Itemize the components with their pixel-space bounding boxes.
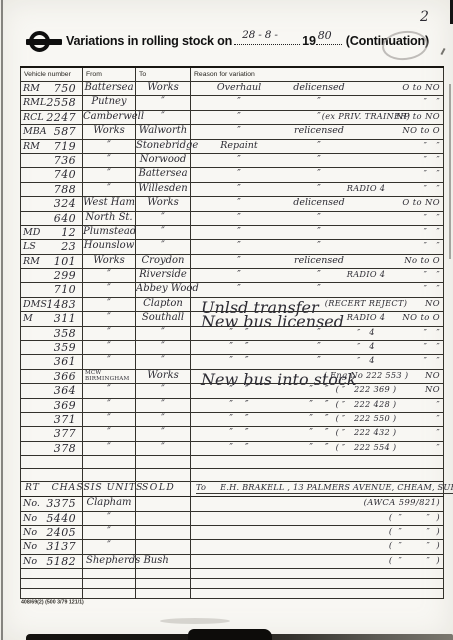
to-cell: Southall	[136, 312, 191, 326]
reason-note: ″ 4	[309, 327, 423, 337]
vehicle-number: 366	[54, 370, 76, 383]
reason-note: RADIO 4	[309, 183, 423, 193]
vehicle-prefix: RML	[23, 97, 46, 108]
vehicle-number: 1483	[46, 298, 76, 311]
vehicle-number: 378	[54, 442, 76, 455]
from-cell: Camberwell	[83, 110, 136, 124]
reason-text: ″	[191, 269, 287, 280]
page-title: Variations in rolling stock on	[66, 34, 232, 48]
vehicle-cell: 361	[21, 355, 83, 369]
vehicle-cell	[21, 456, 83, 469]
vehicle-number: 364	[54, 384, 76, 397]
to-cell: Abbey Wood	[136, 283, 191, 297]
vehicle-cell: 299	[21, 269, 83, 283]
from-cell: Clapham	[83, 497, 136, 511]
to-text: Abbey Wood	[136, 283, 190, 294]
reason-text: ″	[191, 212, 287, 223]
reason-cell: ″″″ ″	[191, 240, 444, 254]
from-text: ″	[83, 168, 135, 179]
reason-text-2: relicensed	[287, 255, 351, 266]
from-cell: Works	[83, 254, 136, 268]
status-note: O to NO	[402, 82, 440, 92]
to-cell	[136, 497, 191, 511]
reason-note: ( ″ 222 550 )	[309, 413, 423, 423]
to-cell: ″	[136, 441, 191, 455]
reason-cell: (AWCA 599/821)	[191, 497, 444, 511]
reason-text: ″ ″	[191, 427, 287, 438]
from-cell: ″	[83, 283, 136, 297]
to-cell: Works	[136, 197, 191, 211]
from-cell: ″	[83, 312, 136, 326]
to-cell: Stonebridge	[136, 139, 191, 153]
status-note: ″ ″	[424, 355, 440, 365]
from-cell: MCWBIRMINGHAM	[83, 369, 136, 383]
vehicle-number: 750	[54, 82, 76, 95]
from-cell: ″	[83, 384, 136, 398]
to-text: ″	[136, 413, 190, 424]
reason-note: RADIO 4	[309, 269, 423, 279]
vehicle-cell: RM750	[21, 82, 83, 96]
to-cell: Works	[136, 369, 191, 383]
reason-cell: ( ″ ″ )	[191, 511, 444, 525]
scan-edge-right	[449, 84, 451, 259]
from-text: Clapham	[83, 497, 135, 508]
sold-label: SOLD	[142, 482, 175, 493]
to-text: ″	[136, 240, 190, 251]
vehicle-cell: RM719	[21, 139, 83, 153]
to-cell: Riverside	[136, 269, 191, 283]
from-cell: North St.	[83, 211, 136, 225]
to-cell	[136, 554, 191, 568]
to-cell: ″	[136, 110, 191, 124]
status-note: ″	[436, 442, 440, 452]
to-text: ″	[136, 96, 190, 107]
to-cell: Willesden	[136, 182, 191, 196]
table-body: RM750BatterseaWorksOverhauldelicensedO t…	[21, 82, 444, 599]
from-cell	[83, 569, 136, 579]
vehicle-cell: RT CHASSIS UNITS	[21, 482, 83, 497]
vehicle-prefix: DMS	[23, 299, 47, 310]
vehicle-number: 2405	[46, 526, 76, 539]
vehicle-prefix: RM	[23, 83, 40, 94]
stock-row: 736″Norwood″″″ ″	[21, 153, 444, 167]
reason-cell: New bus licensedRADIO 4NO to O	[191, 312, 444, 326]
reference-note: (AWCA 599/821)	[364, 497, 440, 507]
reason-cell: ″″″ ″	[191, 283, 444, 297]
reason-text: ″	[191, 125, 287, 136]
stock-row: 369″″″ ″″ ″( ″ 222 428 )″	[21, 398, 444, 412]
from-text: ″	[83, 183, 135, 194]
reason-text: ″	[191, 154, 287, 165]
to-cell: ″	[136, 326, 191, 340]
vehicle-prefix: M	[23, 313, 33, 324]
from-text: ″	[83, 154, 135, 165]
status-note: ″ ″	[424, 96, 440, 106]
vehicle-cell	[21, 469, 83, 482]
sold-row: RT CHASSIS UNITSSOLDTo E.H. BRAKELL , 13…	[21, 482, 444, 497]
from-cell: ″	[83, 398, 136, 412]
reason-text-2: ″	[287, 212, 351, 223]
stock-row: 324West HamWorks″delicensedO to NO	[21, 197, 444, 211]
buyer-text: To E.H. BRAKELL , 13 PALMERS AVENUE, CHE…	[196, 482, 453, 494]
to-cell: Battersea	[136, 168, 191, 182]
to-cell	[136, 540, 191, 554]
chassis-row: No5440″( ″ ″ )	[21, 511, 444, 525]
vehicle-cell: 640	[21, 211, 83, 225]
vehicle-number: 740	[54, 168, 76, 181]
reason-text: Repaint	[191, 140, 287, 151]
status-note: ″ ″	[424, 327, 440, 337]
vehicle-number: 5182	[46, 555, 76, 568]
stock-row: RM719″StonebridgeRepaint″″ ″	[21, 139, 444, 153]
chassis-row: No3137″( ″ ″ )	[21, 540, 444, 554]
to-cell	[136, 511, 191, 525]
from-cell: ″	[83, 525, 136, 539]
vehicle-cell: 378	[21, 441, 83, 455]
reason-cell: ″relicensedNO to O	[191, 125, 444, 139]
to-text: Works	[136, 197, 190, 208]
vehicle-number: 3137	[46, 540, 76, 553]
from-cell: ″	[83, 139, 136, 153]
reason-text-2: ″	[287, 140, 351, 151]
vehicle-prefix: MD	[23, 227, 40, 238]
variations-table: Vehicle number From To Reason for variat…	[20, 66, 444, 599]
to-text: Battersea	[136, 168, 190, 179]
vehicle-cell: 359	[21, 341, 83, 355]
to-text: ″	[136, 399, 190, 410]
reason-cell: ″ ″″ ″( ″ 222 428 )″	[191, 398, 444, 412]
status-note: No to O	[404, 255, 440, 265]
empty-row	[21, 456, 444, 469]
to-text: ″	[136, 327, 190, 338]
vehicle-cell	[21, 589, 83, 599]
from-cell: ″	[83, 297, 136, 311]
vehicle-number: 324	[54, 197, 76, 210]
reason-cell: ″″″ ″	[191, 168, 444, 182]
to-cell: ″	[136, 211, 191, 225]
stock-row: 299″Riverside″″RADIO 4″ ″	[21, 269, 444, 283]
vehicle-cell	[21, 569, 83, 579]
from-text: Works	[83, 255, 135, 266]
stock-row: RCL2247Camberwell″″″(ex PRIV. TRAINER)NP…	[21, 110, 444, 124]
vehicle-cell: 364	[21, 384, 83, 398]
from-text: ″	[83, 399, 135, 410]
reason-note: ( ″ 222 432 )	[309, 427, 423, 437]
to-text: ″	[136, 111, 190, 122]
col-header-vehicle-number: Vehicle number	[21, 67, 83, 82]
reason-cell	[191, 569, 444, 579]
reason-text: ″	[191, 255, 287, 266]
stock-row: RML2558Putney″″″″ ″	[21, 96, 444, 110]
scanned-form-page: Variations in rolling stock on28 - 8 -19…	[0, 0, 453, 640]
reason-text-2: ″	[287, 96, 351, 107]
reason-note: ( Eng No 222 553 )	[309, 370, 423, 380]
vehicle-prefix: LS	[23, 241, 36, 252]
from-cell: ″	[83, 427, 136, 441]
status-note: NO to O	[402, 312, 440, 322]
stock-row: 377″″″ ″″ ″( ″ 222 432 )″	[21, 427, 444, 441]
reason-text: ″	[191, 168, 287, 179]
handwritten-page-number: 2	[420, 9, 429, 25]
status-note: ″ ″	[424, 154, 440, 164]
empty-row	[21, 589, 444, 599]
status-note: ″	[436, 427, 440, 437]
to-cell: Works	[136, 82, 191, 96]
to-text: Clapton	[136, 298, 190, 309]
reason-cell	[191, 589, 444, 599]
vehicle-number: 788	[54, 183, 76, 196]
vehicle-prefix: No	[23, 556, 37, 567]
to-text: ″	[136, 355, 190, 366]
from-text: ″	[83, 384, 135, 395]
reason-cell: To E.H. BRAKELL , 13 PALMERS AVENUE, CHE…	[191, 482, 444, 497]
status-note: ″ ″	[424, 283, 440, 293]
reason-text: ″ ″	[191, 413, 287, 424]
vehicle-prefix: No.	[23, 498, 40, 509]
to-cell: ″	[136, 96, 191, 110]
from-cell	[83, 482, 136, 497]
to-cell: Norwood	[136, 153, 191, 167]
vehicle-cell: 369	[21, 398, 83, 412]
vehicle-prefix: No	[23, 513, 37, 524]
vehicle-number: 359	[54, 341, 76, 354]
reason-cell: ″″″ ″	[191, 153, 444, 167]
to-cell	[136, 469, 191, 482]
to-cell	[136, 525, 191, 539]
stock-row: 710″Abbey Wood″″″ ″	[21, 283, 444, 297]
vehicle-number: 369	[54, 399, 76, 412]
from-cell	[83, 456, 136, 469]
to-cell: Croydon	[136, 254, 191, 268]
reason-cell: ″″″ ″	[191, 96, 444, 110]
reason-cell: OverhauldelicensedO to NO	[191, 82, 444, 96]
vehicle-number: 587	[54, 125, 76, 138]
stock-row: 378″″″ ″″ ″( ″ 222 554 )″	[21, 441, 444, 455]
reason-cell: ″delicensedO to NO	[191, 197, 444, 211]
reason-cell: ″ ″″ ″( ″ 222 369 )NO	[191, 384, 444, 398]
reason-note: ( ″ 222 428 )	[309, 399, 423, 409]
london-transport-roundel-icon	[26, 31, 56, 53]
vehicle-cell: RM101	[21, 254, 83, 268]
from-text: ″	[83, 327, 135, 338]
vehicle-prefix: RM	[23, 141, 40, 152]
status-note: ″ ″	[424, 183, 440, 193]
stock-row: MBA587WorksWalworth″relicensedNO to O	[21, 125, 444, 139]
from-text: Works	[83, 125, 135, 136]
reason-text: ″ ″	[191, 355, 287, 366]
status-note: NO	[425, 384, 440, 394]
reason-text: ″ ″	[191, 384, 287, 395]
status-note: ″	[436, 413, 440, 423]
col-header-reason: Reason for variation	[191, 67, 444, 82]
status-note: ″ ″	[424, 168, 440, 178]
reason-text-2: delicensed	[287, 82, 351, 93]
from-text: ″	[83, 427, 135, 438]
from-text: West Ham	[83, 197, 135, 208]
from-cell	[83, 589, 136, 599]
empty-row	[21, 469, 444, 482]
from-text: Hounslow	[83, 240, 135, 251]
vehicle-number: 2247	[46, 111, 76, 124]
vehicle-cell: No2405	[21, 525, 83, 539]
reason-text: ″	[191, 111, 287, 122]
stock-row: 366MCWBIRMINGHAMWorksNew bus into stock(…	[21, 369, 444, 383]
to-cell	[136, 579, 191, 589]
reason-text: Overhaul	[191, 82, 287, 93]
vehicle-prefix: No	[23, 541, 37, 552]
to-text: Norwood	[136, 154, 190, 165]
form-title-line: Variations in rolling stock on28 - 8 -19…	[66, 33, 429, 48]
vehicle-cell: LS23	[21, 240, 83, 254]
status-note: ″ ″	[424, 226, 440, 236]
vehicle-cell: 377	[21, 427, 83, 441]
from-cell: Hounslow	[83, 240, 136, 254]
from-cell: ″	[83, 511, 136, 525]
reason-cell: ″″″ ″	[191, 211, 444, 225]
vehicle-number: 2558	[46, 96, 76, 109]
vehicle-number: 299	[54, 269, 76, 282]
reason-text: ″	[191, 197, 287, 208]
vehicle-number: 361	[54, 355, 76, 368]
handwritten-date: 28 - 8 -	[242, 29, 278, 41]
vehicle-cell: No3137	[21, 540, 83, 554]
reason-text: ″	[191, 183, 287, 194]
from-cell: ″	[83, 168, 136, 182]
vehicle-number: 311	[54, 312, 76, 325]
from-cell: Plumstead	[83, 225, 136, 239]
stock-row: 371″″″ ″″ ″( ″ 222 550 )″	[21, 412, 444, 426]
reason-text-2: relicensed	[287, 125, 351, 136]
to-text: ″	[136, 427, 190, 438]
reason-cell	[191, 579, 444, 589]
vehicle-cell: 740	[21, 168, 83, 182]
vehicle-cell	[21, 579, 83, 589]
status-note: NP to NO	[396, 111, 440, 121]
to-text: Works	[136, 82, 190, 93]
to-text: ″	[136, 442, 190, 453]
from-text: Plumstead	[83, 226, 135, 237]
status-note: ″	[436, 399, 440, 409]
scan-bottom-blob	[188, 629, 272, 640]
reason-text-2: ″	[287, 283, 351, 294]
reason-text-2: delicensed	[287, 197, 351, 208]
vehicle-number: 3375	[46, 497, 76, 510]
from-text: ″	[83, 540, 135, 551]
vehicle-cell: 358	[21, 326, 83, 340]
reason-cell: ″″RADIO 4″ ″	[191, 269, 444, 283]
vehicle-cell: MBA587	[21, 125, 83, 139]
from-cell	[83, 469, 136, 482]
reason-cell: ( ″ ″ )	[191, 540, 444, 554]
year-prefix: 19	[302, 34, 316, 48]
reason-cell: ″″(ex PRIV. TRAINER)NP to NO	[191, 110, 444, 124]
reason-cell: ″ ″″ ″( ″ 222 550 )″	[191, 412, 444, 426]
status-note: ″ ″	[424, 212, 440, 222]
to-cell: ″	[136, 398, 191, 412]
to-text: ″	[136, 384, 190, 395]
from-cell: Works	[83, 125, 136, 139]
chassis-row: No.3375Clapham(AWCA 599/821)	[21, 497, 444, 511]
reason-text-2: ″	[287, 240, 351, 251]
vehicle-number: 371	[54, 413, 76, 426]
vehicle-cell: RCL2247	[21, 110, 83, 124]
status-note: NO	[425, 370, 440, 380]
from-text: ″	[83, 512, 135, 523]
reason-text: ″ ″	[191, 341, 287, 352]
vehicle-cell: 371	[21, 412, 83, 426]
from-text: Battersea	[83, 82, 135, 93]
stock-row: RM750BatterseaWorksOverhauldelicensedO t…	[21, 82, 444, 96]
from-text: ″	[83, 442, 135, 453]
status-note: NO to O	[402, 125, 440, 135]
reason-text: ″ ″	[191, 327, 287, 338]
from-cell: ″	[83, 269, 136, 283]
date-dotted-line: 28 - 8 -	[234, 33, 300, 45]
stock-row: 640North St.″″″″ ″	[21, 211, 444, 225]
vehicle-cell: M311	[21, 312, 83, 326]
reason-text-2: ″	[287, 226, 351, 237]
empty-row	[21, 569, 444, 579]
vehicle-number: 719	[54, 140, 76, 153]
vehicle-cell: 788	[21, 182, 83, 196]
from-text: ″	[83, 312, 135, 323]
vehicle-cell: 366	[21, 369, 83, 383]
stock-row: DMS1483″ClaptonUnlsd transfer(RECERT REJ…	[21, 297, 444, 311]
stock-row: LS23Hounslow″″″″ ″	[21, 240, 444, 254]
to-text: ″	[136, 341, 190, 352]
from-text: ″	[83, 298, 135, 309]
reference-note: ( ″ ″ )	[389, 540, 440, 550]
reason-cell: ( ″ ″ )	[191, 525, 444, 539]
reason-text: ″ ″	[191, 399, 287, 410]
vehicle-cell: 710	[21, 283, 83, 297]
chassis-row: No5182Shepherds Bush( ″ ″ )	[21, 554, 444, 568]
status-note: ″ ″	[424, 269, 440, 279]
from-cell: ″	[83, 540, 136, 554]
from-text: ″	[83, 283, 135, 294]
to-cell: ″	[136, 341, 191, 355]
stock-row: 361″″″ ″″″ 4″ ″	[21, 355, 444, 369]
reason-cell: ″ ″″″ 4″ ″	[191, 326, 444, 340]
from-cell: ″	[83, 441, 136, 455]
stock-row: M311″SouthallNew bus licensedRADIO 4NO t…	[21, 312, 444, 326]
from-text: ″	[83, 526, 135, 537]
reason-text: ″ ″	[191, 442, 287, 453]
vehicle-cell: No5182	[21, 554, 83, 568]
stock-row: MD12Plumstead″″″″ ″	[21, 225, 444, 239]
to-text: Southall	[136, 312, 190, 323]
to-text: Stonebridge	[136, 140, 190, 151]
vehicle-cell: DMS1483	[21, 297, 83, 311]
to-cell: ″	[136, 427, 191, 441]
vehicle-prefix: No	[23, 527, 37, 538]
reason-note: (RECERT REJECT)	[309, 298, 423, 308]
to-text: Walworth	[136, 125, 190, 136]
scan-smudge	[160, 618, 230, 624]
to-cell: ″	[136, 412, 191, 426]
to-cell	[136, 569, 191, 579]
vehicle-cell: No.3375	[21, 497, 83, 511]
reason-cell: ″relicensedNo to O	[191, 254, 444, 268]
status-note: ″ ″	[424, 140, 440, 150]
status-note: NO	[425, 298, 440, 308]
col-header-to: To	[136, 67, 191, 82]
reason-text: ″	[191, 283, 287, 294]
to-cell: SOLD	[136, 482, 191, 497]
stock-row: 359″″″ ″″″ 4″ ″	[21, 341, 444, 355]
vehicle-number: 101	[54, 255, 76, 268]
year-dotted-line: 80	[316, 33, 342, 45]
